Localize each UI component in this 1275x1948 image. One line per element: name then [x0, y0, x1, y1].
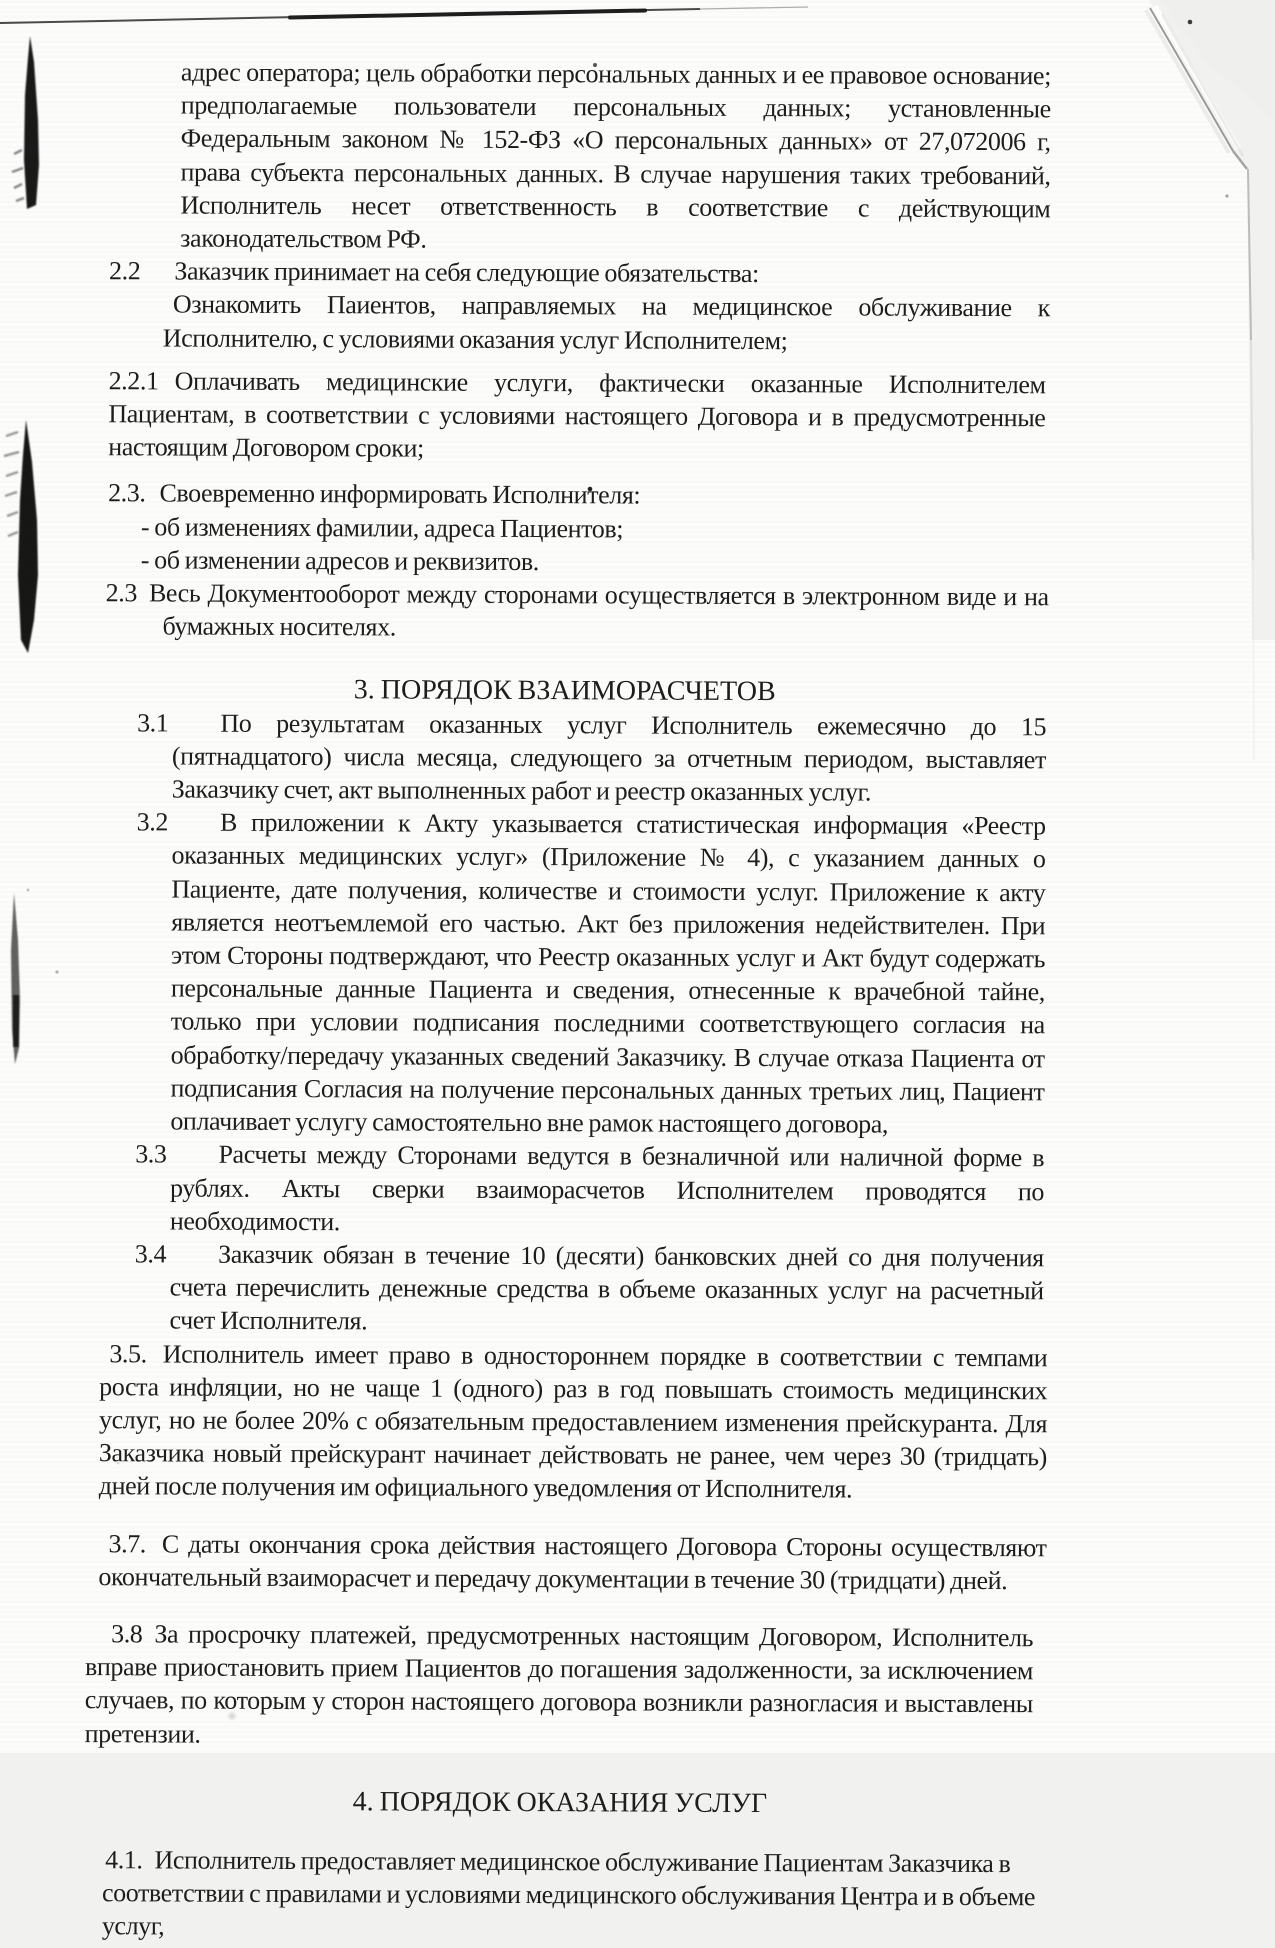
clause-number: 3.7.	[108, 1529, 146, 1558]
clause-text: - об изменениях фамилии, адреса Пациенто…	[141, 512, 623, 543]
clause-text: Своевременно информировать Исполнителя:	[159, 479, 640, 510]
clause-number: 2.3.	[108, 479, 146, 508]
clause-3-2: 3.2В приложении к Акту указывается стати…	[170, 806, 1045, 1142]
clause-text: По результатам оказанных услуг Исполните…	[172, 708, 1046, 806]
paragraph: адрес оператора; цель обработки персонал…	[180, 56, 1051, 259]
clause-3-7: 3.7.С даты окончания срока действия наст…	[98, 1527, 1046, 1598]
clause-number: 2.3	[106, 578, 137, 607]
paragraph: - об изменениях фамилии, адреса Пациенто…	[141, 510, 1273, 548]
section-heading: 3. ПОРЯДОК ВЗАИМОРАСЧЕТОВ	[87, 673, 1042, 710]
scanned-document-page: адрес оператора; цель обработки персонал…	[0, 0, 1275, 1753]
clause-text: - об изменении адресов и реквизитов.	[141, 545, 539, 576]
clause-text: Заказчик обязан в течение 10 (десяти) ба…	[169, 1240, 1043, 1336]
clause-2-3: 2.3.Своевременно информировать Исполните…	[108, 477, 1273, 515]
clause-2-2-1: 2.2.1Оплачивать медицинские услуги, факт…	[108, 364, 1045, 468]
clause-text: 3. ПОРЯДОК ВЗАИМОРАСЧЕТОВ	[354, 675, 776, 708]
clause-text: адрес оператора; цель обработки персонал…	[180, 58, 1051, 254]
clause-number: 2.2.1	[109, 366, 159, 395]
clause-3-5: 3.5.Исполнитель имеет право в односторон…	[99, 1337, 1048, 1507]
clause-number: 3.8	[111, 1619, 142, 1648]
clause-text: Весь Документооборот между сторонами осу…	[149, 578, 1049, 641]
paragraph: - об изменении адресов и реквизитов.	[141, 543, 1273, 581]
clause-text: Расчеты между Сторонами ведутся в безнал…	[170, 1140, 1044, 1236]
document-text: адрес оператора; цель обработки персонал…	[0, 0, 1275, 1753]
clause-text: Оплачивать медицинские услуги, фактическ…	[108, 366, 1045, 462]
clause-3-1: 3.1По результатам оказанных услуг Исполн…	[172, 706, 1046, 809]
clause-text: С даты окончания срока действия настояще…	[98, 1529, 1046, 1595]
clause-text: В приложении к Акту указывается статисти…	[170, 808, 1045, 1139]
clause-3-4: 3.4Заказчик обязан в течение 10 (десяти)…	[169, 1237, 1043, 1340]
clause-number: 3.4	[135, 1239, 166, 1268]
clause-number: 3.5.	[109, 1339, 147, 1368]
clause-3-8: 3.8За просрочку платежей, предусмотренны…	[85, 1617, 1034, 1753]
clause-number: 3.1	[137, 708, 168, 737]
clause-2-2: 2.2Заказчик принимает на себя следующие …	[109, 254, 1274, 292]
clause-2-3: 2.3Весь Документооборот между сторонами …	[162, 577, 1048, 647]
paragraph: Ознакомить Паиентов, направляемых на мед…	[163, 288, 1050, 358]
clause-number: 3.2	[137, 808, 168, 837]
clause-number: 3.3	[135, 1140, 166, 1169]
clause-text: Ознакомить Паиентов, направляемых на мед…	[163, 290, 1050, 355]
clause-text: За просрочку платежей, предусмотренных н…	[85, 1619, 1034, 1748]
clause-3-3: 3.3Расчеты между Сторонами ведутся в без…	[170, 1138, 1044, 1241]
clause-text: Исполнитель имеет право в одностороннем …	[99, 1339, 1048, 1504]
clause-text: Заказчик принимает на себя следующие обя…	[174, 257, 759, 289]
clause-number: 2.2	[109, 256, 140, 285]
